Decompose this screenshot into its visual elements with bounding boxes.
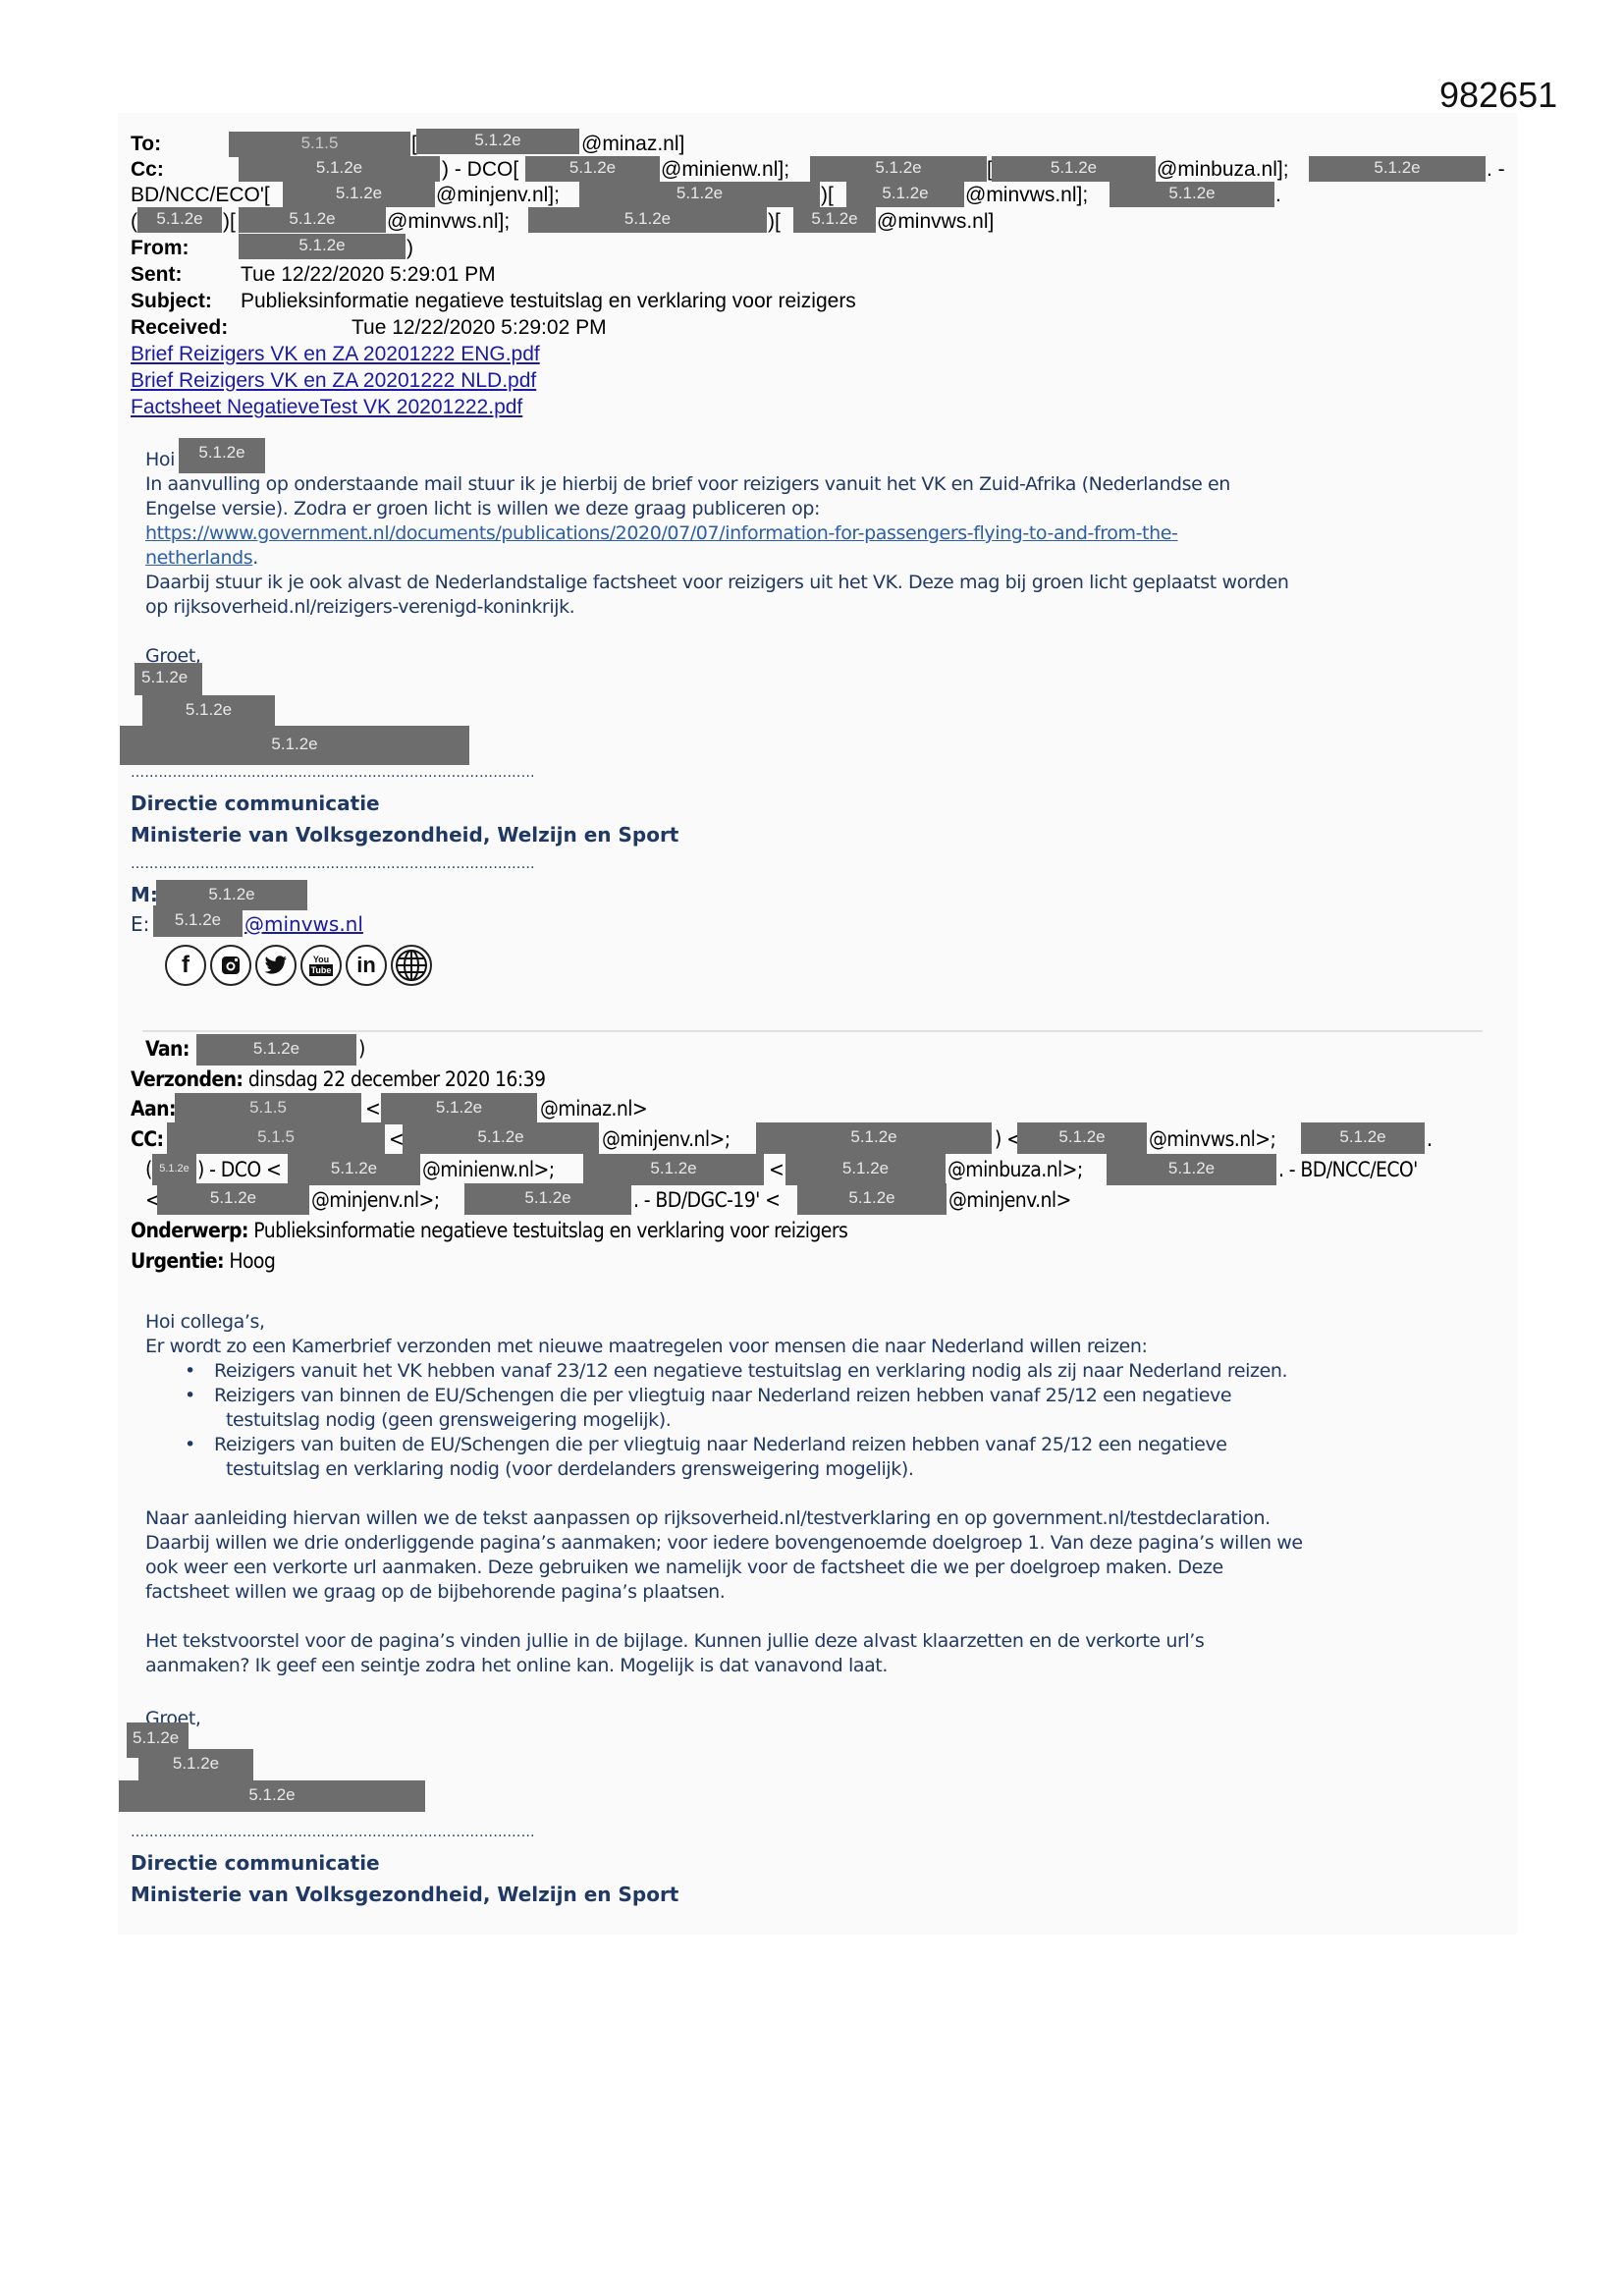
cc2-label: CC: xyxy=(131,1127,163,1151)
cc-text: BD/NCC/ECO'[ xyxy=(131,184,270,207)
body-line: Daarbij stuur ik je ook alvast de Nederl… xyxy=(145,571,1289,595)
to-label: To: xyxy=(131,133,161,155)
bullet-text: Reizigers vanuit het VK hebben vanaf 23/… xyxy=(214,1360,1287,1382)
bullet-text: Reizigers van buiten de EU/Schengen die … xyxy=(214,1434,1227,1455)
redaction-box: 5.1.2e xyxy=(579,182,820,207)
subject-value: Publieksinformatie negatieve testuitslag… xyxy=(241,290,856,313)
aan-label: Aan: xyxy=(131,1097,176,1121)
cc-text: ) - DCO < xyxy=(197,1158,281,1181)
redaction-box: 5.1.2e xyxy=(1309,156,1486,182)
redaction-box: 5.1.2e xyxy=(239,156,440,182)
body-line: In aanvulling op onderstaande mail stuur… xyxy=(145,472,1230,497)
cc-text: ( xyxy=(131,210,137,234)
redaction-box: 5.1.2e xyxy=(464,1183,631,1215)
mobile-label: M: xyxy=(131,883,158,906)
redaction-box: 5.1.2e xyxy=(1017,1122,1147,1154)
redaction-box: 5.1.2e xyxy=(152,1154,196,1185)
cc-text: . - xyxy=(1487,158,1505,182)
cc-text: ( xyxy=(145,1158,152,1181)
redaction-box: 5.1.2e xyxy=(381,1093,537,1124)
cc-text: @minvws.nl] xyxy=(877,210,994,234)
signature-department: Directie communicatie xyxy=(131,792,380,815)
publication-link-line2[interactable]: netherlands xyxy=(145,547,252,569)
twitter-icon[interactable] xyxy=(255,945,297,986)
onderwerp-value: Publieksinformatie negatieve testuitslag… xyxy=(253,1219,847,1242)
van-label: Van: xyxy=(145,1037,189,1061)
email-label: E: xyxy=(131,912,149,936)
redaction-box: 5.1.2e xyxy=(1110,182,1274,207)
cc-text: . xyxy=(1427,1127,1432,1151)
body-line: op rijksoverheid.nl/reizigers-verenigd-k… xyxy=(145,595,574,620)
redaction-box: 5.1.2e xyxy=(797,1183,947,1215)
paragraph-line: Daarbij willen we drie onderliggende pag… xyxy=(145,1531,1303,1556)
bullet-text-cont: testuitslag nodig (geen grensweigering m… xyxy=(226,1408,671,1433)
bullet-icon: • xyxy=(185,1433,214,1457)
bullet-text-cont: testuitslag en verklaring nodig (voor de… xyxy=(226,1457,914,1482)
linkedin-icon[interactable]: in xyxy=(346,945,387,986)
redaction-box: 5.1.2e xyxy=(288,1154,420,1185)
signature-ministry: Ministerie van Volksgezondheid, Welzijn … xyxy=(131,823,678,847)
redaction-box: 5.1.2e xyxy=(239,234,406,259)
to-domain: @minaz.nl] xyxy=(581,133,684,156)
signature-department: Directie communicatie xyxy=(131,1851,380,1875)
email-separator xyxy=(142,1030,1483,1032)
from-label: From: xyxy=(131,237,189,259)
youtube-icon[interactable]: YouTube xyxy=(300,945,342,986)
redaction-box: 5.1.2e xyxy=(120,726,469,765)
attachment-link[interactable]: Factsheet NegatieveTest VK 20201222.pdf xyxy=(131,396,522,419)
redaction-box: 5.1.2e xyxy=(756,1122,992,1154)
cc-text: @minjenv.nl]; xyxy=(436,184,560,207)
van-close: ) xyxy=(358,1037,365,1061)
publication-link-line1[interactable]: https://www.government.nl/documents/publ… xyxy=(145,522,1177,544)
greeting: Hoi xyxy=(145,448,175,472)
cc-text: @minbuza.nl>; xyxy=(947,1158,1083,1181)
paragraph-line: Het tekstvoorstel voor de pagina’s vinde… xyxy=(145,1629,1204,1654)
redaction-box: 5.1.2e xyxy=(119,1780,425,1812)
attachment-link[interactable]: Brief Reizigers VK en ZA 20201222 NLD.pd… xyxy=(131,369,536,393)
email1-to-line: To: xyxy=(131,133,161,156)
received-value: Tue 12/22/2020 5:29:02 PM xyxy=(352,316,607,340)
cc-text: )[ xyxy=(768,210,781,234)
cc-text: )[ xyxy=(223,210,236,234)
redaction-box: 5.1.2e xyxy=(583,1154,764,1185)
body-line: Engelse versie). Zodra er groen licht is… xyxy=(145,497,820,521)
sent-label: Sent: xyxy=(131,263,183,286)
cc-text: @minienw.nl]; xyxy=(661,158,789,182)
paragraph-line: factsheet willen we graag op de bijbehor… xyxy=(145,1580,725,1605)
redaction-box: 5.1.2e xyxy=(992,156,1156,182)
cc-text: < xyxy=(389,1127,404,1151)
paragraph-line: ook weer een verkorte url aanmaken. Deze… xyxy=(145,1556,1223,1580)
redaction-box: 5.1.2e xyxy=(810,156,987,182)
cc-text: @minvws.nl]; xyxy=(965,184,1088,207)
redaction-box: 5.1.2e xyxy=(1301,1122,1425,1154)
redaction-box: 5.1.2e xyxy=(153,905,243,937)
redaction-box: 5.1.2e xyxy=(785,1154,946,1185)
cc-text: . - BD/NCC/ECO' xyxy=(1278,1158,1418,1181)
email-link[interactable]: @minvws.nl xyxy=(244,912,363,936)
redaction-box: 5.1.2e xyxy=(138,1749,253,1780)
globe-icon[interactable] xyxy=(391,945,432,986)
bullet-icon: • xyxy=(185,1384,214,1408)
cc-text: )[ xyxy=(821,184,834,207)
greeting: Hoi collega’s, xyxy=(145,1310,265,1335)
bullet-icon: • xyxy=(185,1359,214,1384)
cc-text: @minvws.nl]; xyxy=(387,210,510,234)
signature-divider: …………………………………………………………………………… xyxy=(131,856,535,872)
cc-text: @minvws.nl>; xyxy=(1149,1127,1275,1151)
bullet-item: •Reizigers vanuit het VK hebben vanaf 23… xyxy=(185,1359,1287,1384)
cc-text: . - BD/DGC-19' < xyxy=(633,1188,780,1212)
cc-text: @minbuza.nl]; xyxy=(1157,158,1289,182)
redaction-box: 5.1.2e xyxy=(846,182,964,207)
urgentie-value: Hoog xyxy=(229,1249,275,1273)
redaction-box: 5.1.2e xyxy=(283,182,435,207)
redaction-box: 5.1.2e xyxy=(403,1122,599,1154)
redaction-box: 5.1.2e xyxy=(157,1183,309,1215)
punctuation: . xyxy=(252,547,258,569)
attachment-link[interactable]: Brief Reizigers VK en ZA 20201222 ENG.pd… xyxy=(131,343,540,366)
redaction-box: 5.1.2e xyxy=(196,1034,356,1066)
redaction-box: 5.1.2e xyxy=(239,207,386,233)
redaction-box: 5.1.5 xyxy=(175,1093,361,1124)
paragraph-line: Naar aanleiding hiervan willen we de tek… xyxy=(145,1506,1271,1531)
cc-text: ) - DCO[ xyxy=(442,158,518,182)
redaction-box: 5.1.5 xyxy=(167,1122,385,1154)
redaction-box: 5.1.2e xyxy=(793,207,876,233)
cc-label: Cc: xyxy=(131,158,164,181)
redaction-box: 5.1.5 xyxy=(229,132,410,157)
cc-text: @minjenv.nl>; xyxy=(602,1127,731,1151)
onderwerp-label: Onderwerp: xyxy=(131,1219,248,1242)
cc-text: @minjenv.nl>; xyxy=(311,1188,440,1212)
redaction-box: 5.1.2e xyxy=(528,207,767,233)
paragraph-line: aanmaken? Ik geef een seintje zodra het … xyxy=(145,1654,888,1678)
redaction-box: 5.1.2e xyxy=(135,663,202,695)
aan-lt: < xyxy=(365,1097,380,1121)
subject-label: Subject: xyxy=(131,290,212,312)
redaction-box: 5.1.2e xyxy=(416,129,579,154)
aan-domain: @minaz.nl> xyxy=(540,1097,647,1121)
redaction-box: 5.1.2e xyxy=(1107,1154,1276,1185)
signature-ministry: Ministerie van Volksgezondheid, Welzijn … xyxy=(131,1883,678,1906)
publication-link-2[interactable]: netherlands. xyxy=(145,546,258,571)
from-close: ) xyxy=(406,237,413,260)
cc-text: < xyxy=(769,1158,784,1181)
document-number: 982651 xyxy=(1439,75,1557,116)
publication-link[interactable]: https://www.government.nl/documents/publ… xyxy=(145,521,1177,546)
bullet-item: •Reizigers van binnen de EU/Schengen die… xyxy=(185,1384,1231,1408)
signature-divider: …………………………………………………………………………… xyxy=(131,1825,535,1840)
cc-text: @minienw.nl>; xyxy=(422,1158,555,1181)
redaction-box: 5.1.2e xyxy=(142,695,275,726)
sent-value: Tue 12/22/2020 5:29:01 PM xyxy=(241,263,496,287)
received-label: Received: xyxy=(131,316,228,339)
signature-divider: …………………………………………………………………………… xyxy=(131,765,535,781)
cc-text: @minjenv.nl> xyxy=(948,1188,1071,1212)
bullet-item: •Reizigers van buiten de EU/Schengen die… xyxy=(185,1433,1227,1457)
facebook-icon[interactable]: f xyxy=(165,945,206,986)
intro: Er wordt zo een Kamerbrief verzonden met… xyxy=(145,1335,1148,1359)
urgentie-label: Urgentie: xyxy=(131,1249,224,1273)
bullet-text: Reizigers van binnen de EU/Schengen die … xyxy=(214,1385,1231,1406)
instagram-icon[interactable] xyxy=(210,945,251,986)
cc-text: . xyxy=(1275,184,1281,207)
social-icons: f YouTube in xyxy=(165,945,432,986)
verzonden-value: dinsdag 22 december 2020 16:39 xyxy=(248,1067,546,1091)
redaction-box: 5.1.2e xyxy=(525,156,660,182)
verzonden-label: Verzonden: xyxy=(131,1067,243,1091)
redaction-box: 5.1.2e xyxy=(179,438,265,473)
redaction-box: 5.1.2e xyxy=(137,207,222,233)
